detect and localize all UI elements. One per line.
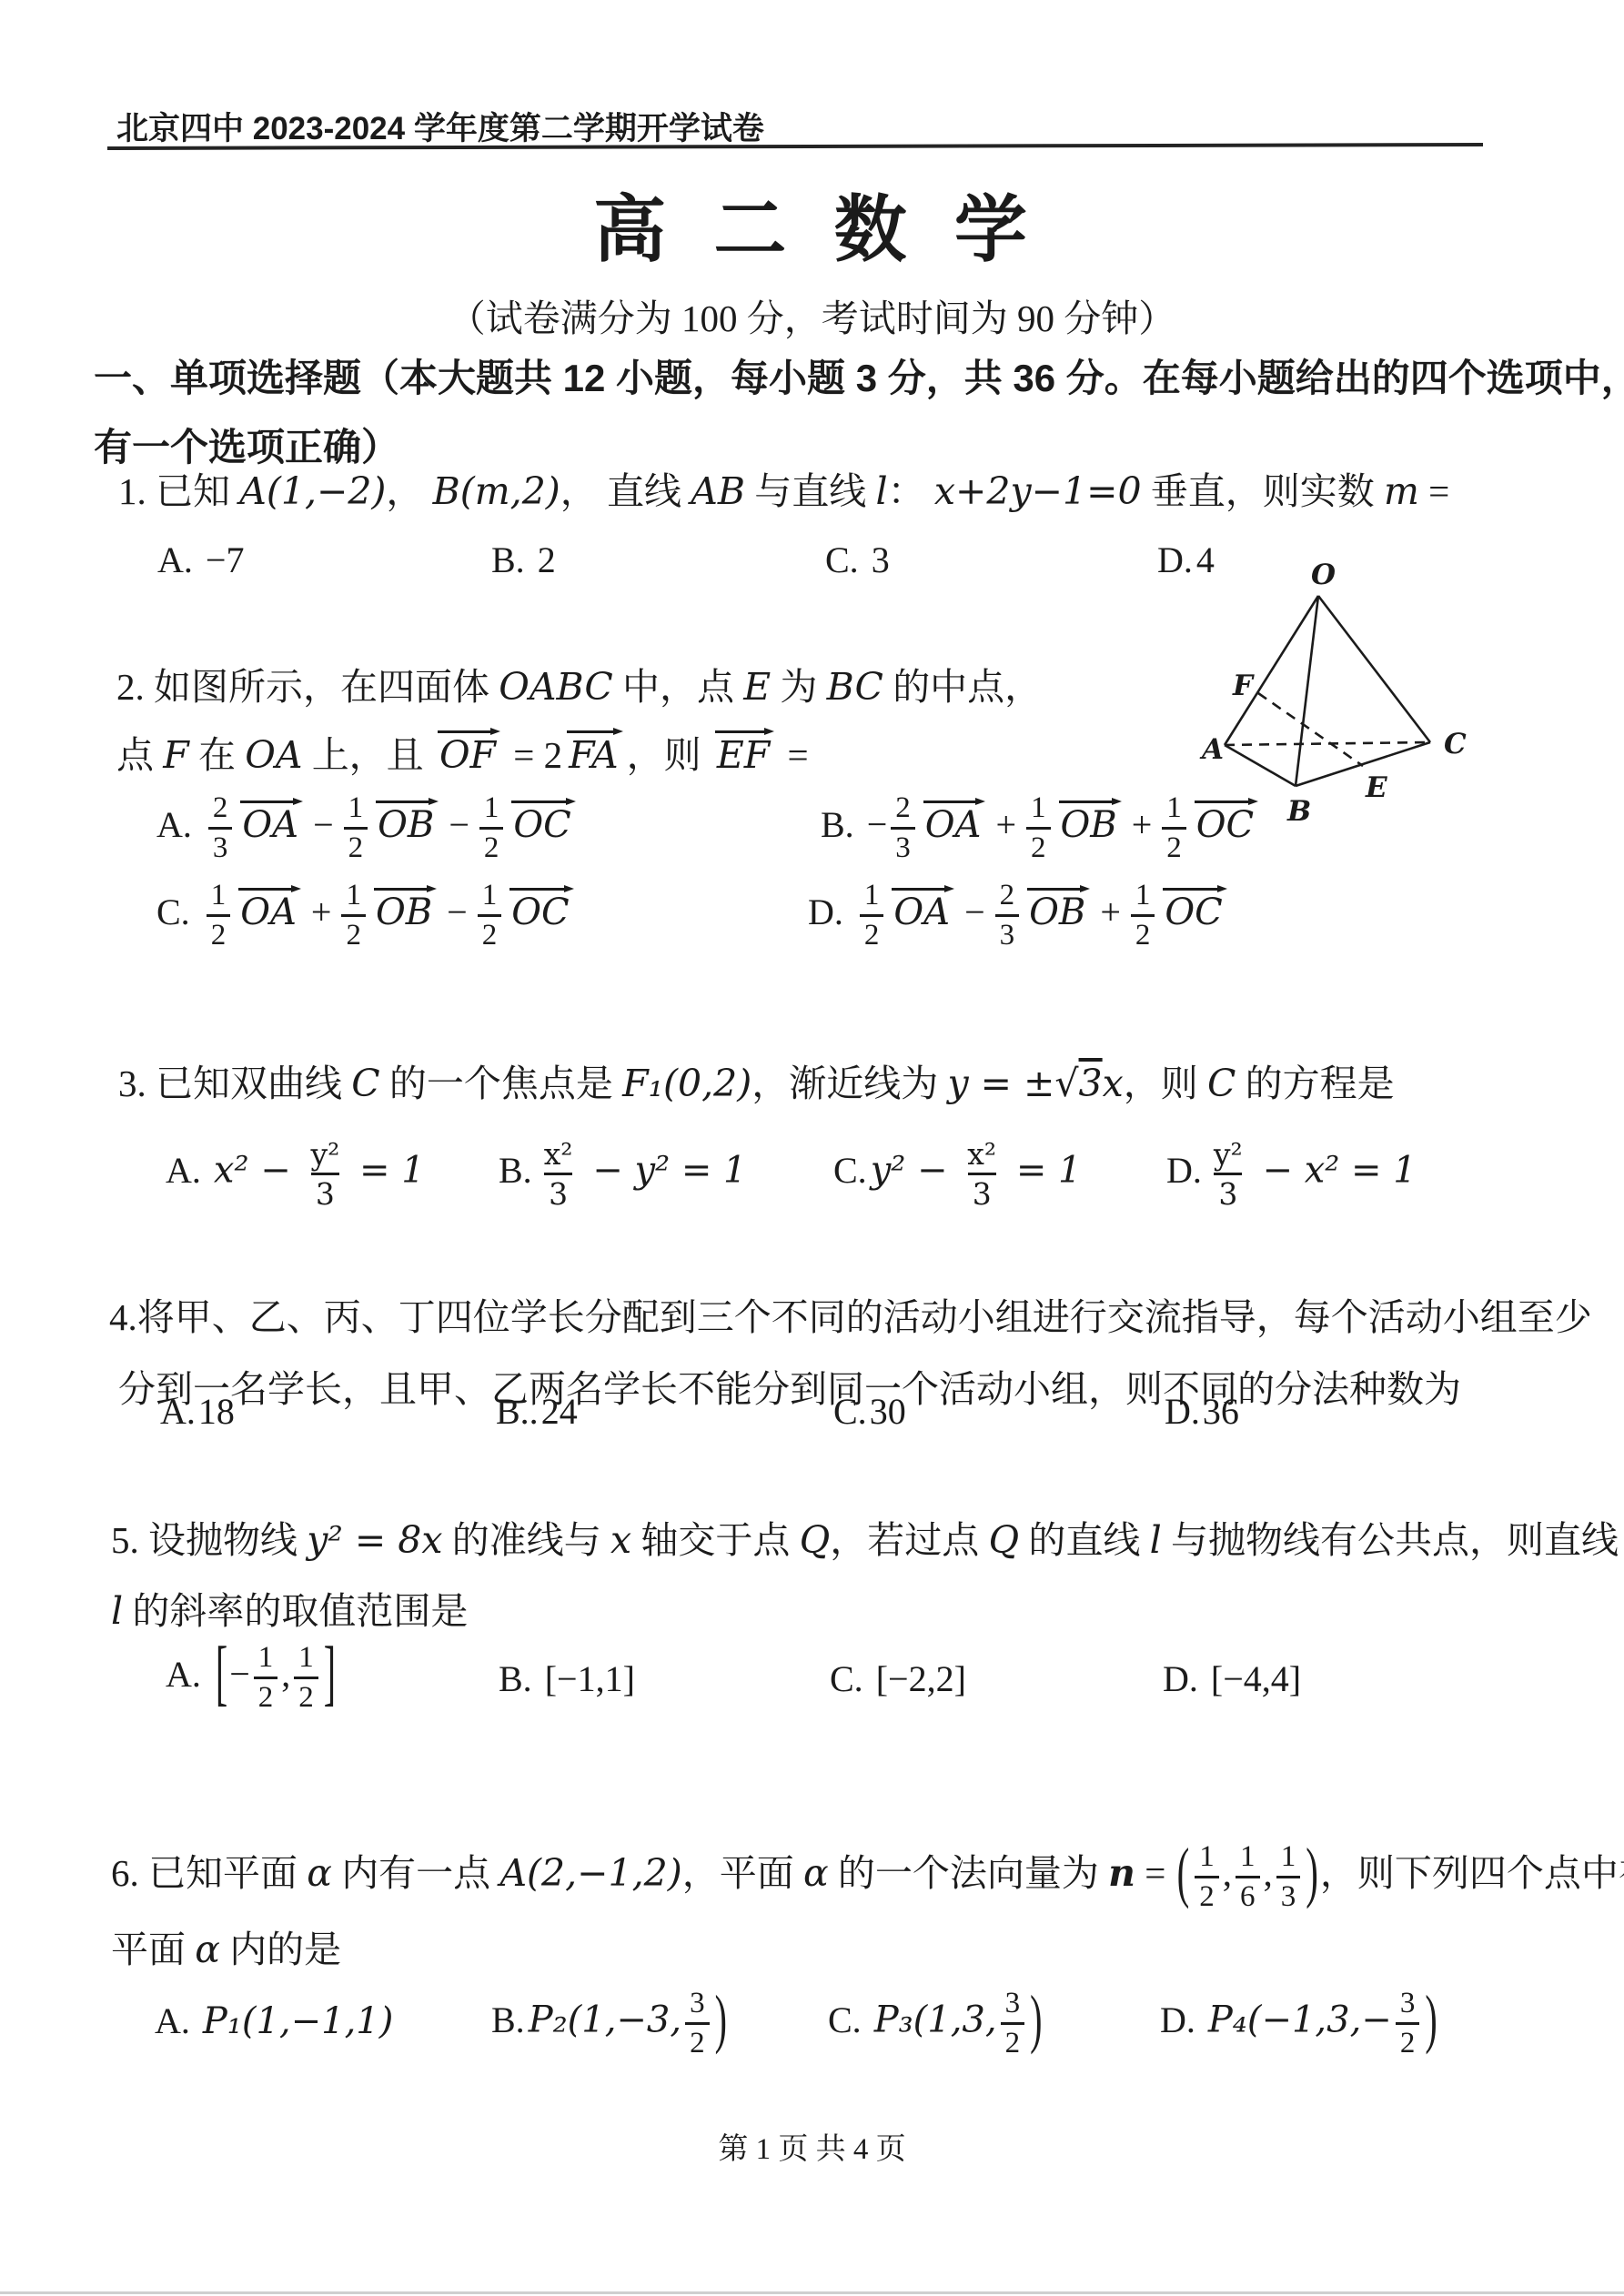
numerator: 1 [341, 881, 366, 914]
formula-part: P₁(1,−1,1) [203, 2000, 393, 2042]
q1-option-c: C.3 [825, 539, 890, 581]
vector-term: OB [1025, 883, 1091, 931]
option-value: −7 [206, 539, 245, 580]
figure-edge-oc [1318, 596, 1430, 742]
option-label: A. [156, 804, 192, 845]
option-label: D. [1166, 1150, 1202, 1191]
denominator: 3 [544, 1173, 572, 1209]
stem-text: ，则 [627, 734, 711, 776]
stem-math: y² = 8x [307, 1518, 442, 1562]
q5-option-d: D.[−4,4] [1163, 1657, 1301, 1700]
option-label: C. [156, 891, 190, 932]
right-paren: ) [1306, 1832, 1318, 1910]
vector-term: OC [509, 796, 576, 843]
q1-option-b: B.2 [491, 539, 556, 581]
page-title: 高 二 数 学 [0, 171, 1624, 276]
stem-text: 1. 已知 [118, 470, 239, 512]
right-bracket: ] [324, 1629, 336, 1715]
numerator: 1 [478, 881, 502, 914]
stem-text: 的准线与 [442, 1519, 610, 1561]
stem-math: A(1,−2) [239, 469, 386, 513]
sign: − [867, 804, 888, 845]
fraction: 12 [1195, 1842, 1219, 1912]
operator: + [995, 804, 1016, 845]
numerator: x² [963, 1139, 1001, 1173]
fraction: 12 [1026, 793, 1051, 863]
stem-text: = 2 [504, 734, 562, 776]
stem-text: ， 直线 [560, 470, 691, 512]
denominator: 2 [1026, 827, 1051, 863]
fraction: 12 [254, 1643, 278, 1713]
q2-stem-line2: 点 F 在 OA 上，且 OF = 2FA，则 EF = [116, 725, 809, 779]
vector-term: OA [238, 796, 304, 843]
stem-text: 的直线 [1019, 1519, 1150, 1561]
formula-part: P₃(1,3, [874, 1999, 997, 2041]
numerator: 2 [891, 793, 915, 827]
denominator: 3 [1214, 1173, 1242, 1209]
stem-text: 内的是 [220, 1928, 341, 1970]
fraction: 23 [208, 793, 233, 863]
stem-math: C [1207, 1062, 1236, 1105]
stem-math: A(2,−1,2) [499, 1851, 681, 1895]
fraction: 12 [1162, 793, 1186, 863]
option-value: 24 [541, 1391, 578, 1432]
operator: − [964, 891, 985, 932]
denominator: 2 [860, 914, 884, 951]
exam-page: 北京四中 2023-2024 学年度第二学期开学试卷 高 二 数 学 （试卷满分… [0, 0, 1624, 2296]
stem-text: ： [888, 470, 934, 512]
option-value: 3 [872, 539, 890, 580]
vector-term: OA [237, 883, 302, 931]
fraction: 23 [995, 881, 1020, 951]
stem-math: x [1103, 1062, 1124, 1105]
right-paren: ) [1030, 1979, 1042, 2057]
stem-text: 6. 已知平面 [111, 1852, 307, 1894]
stem-math: E [743, 665, 771, 709]
denominator: 2 [1001, 2022, 1025, 2059]
option-label: C. [830, 1658, 863, 1699]
stem-text: 与抛物线有公共点，则直线 [1162, 1519, 1619, 1561]
vector-term: OB [1057, 796, 1123, 843]
fraction: 12 [478, 881, 502, 951]
option-label: A. [155, 2000, 190, 2041]
figure-edge-ob [1296, 596, 1318, 786]
denominator: 2 [1162, 827, 1186, 863]
fraction: x²3 [963, 1139, 1001, 1209]
page-header: 北京四中 2023-2024 学年度第二学期开学试卷 [116, 104, 764, 149]
numerator: 1 [479, 793, 504, 827]
formula-part: − x² = 1 [1251, 1150, 1417, 1192]
q5-stem-line1: 5. 设抛物线 y² = 8x 的准线与 x 轴交于点 Q，若过点 Q 的直线 … [111, 1510, 1619, 1564]
figure-edge-fe-dashed [1258, 693, 1363, 766]
option-value: 30 [870, 1391, 906, 1432]
fraction: 12 [860, 881, 884, 951]
page-subtitle: （试卷满分为 100 分，考试时间为 90 分钟） [0, 288, 1624, 342]
stem-text: 点 [116, 734, 163, 776]
numerator: 1 [1195, 1842, 1219, 1876]
denominator: 3 [208, 827, 233, 863]
stem-text: = [778, 734, 808, 776]
option-label: C. [825, 539, 859, 580]
operator: − [447, 891, 468, 932]
stem-math: C [351, 1062, 379, 1105]
stem-math: n [1108, 1851, 1135, 1895]
option-value: 2 [538, 539, 556, 580]
stem-math: α [803, 1851, 829, 1895]
denominator: 2 [341, 914, 366, 951]
fraction: 23 [891, 793, 915, 863]
figure-edge-ab [1225, 745, 1296, 786]
vector-term: OC [1161, 883, 1227, 931]
q4-option-c: C.30 [833, 1390, 906, 1433]
option-label: B. [491, 539, 525, 580]
stem-text: ，则下列四个点中在 [1320, 1852, 1624, 1894]
q6-option-a: A.P₁(1,−1,1) [155, 1999, 393, 2042]
comma: , [281, 1654, 290, 1695]
stem-math: α [195, 1928, 220, 1971]
vector-term: FA [565, 726, 624, 774]
numerator: 2 [995, 881, 1020, 914]
vector-term: OA [922, 796, 987, 843]
stem-text: ，渐近线为 [751, 1062, 947, 1104]
option-value: [−1,1] [545, 1658, 635, 1699]
left-bracket: [ [216, 1629, 227, 1715]
fraction: 13 [1276, 1842, 1301, 1912]
numerator: 3 [1396, 1989, 1420, 2022]
formula-part: = 1 [1004, 1150, 1081, 1192]
stem-text: 的一个焦点是 [380, 1062, 623, 1104]
option-label: A. [166, 1150, 201, 1191]
stem-math: m [1384, 469, 1419, 513]
denominator: 2 [1195, 1876, 1219, 1912]
fraction: 12 [294, 1643, 318, 1713]
option-label: D. [1160, 1999, 1195, 2040]
stem-math: l [111, 1589, 123, 1633]
denominator: 3 [995, 914, 1020, 951]
formula-part: P₄(−1,3,− [1208, 1999, 1392, 2041]
fraction: 12 [344, 793, 368, 863]
option-label: A. [160, 1391, 196, 1432]
numerator: 1 [1026, 793, 1051, 827]
option-label: C. [828, 1999, 862, 2040]
stem-math: α [307, 1851, 332, 1895]
denominator: 3 [891, 827, 915, 863]
stem-math: F [163, 733, 188, 777]
q3-stem: 3. 已知双曲线 C 的一个焦点是 F₁(0,2)，渐近线为 y = ±√3x，… [118, 1053, 1395, 1107]
stem-math: AB [691, 469, 745, 513]
numerator: 1 [1162, 793, 1186, 827]
q6-option-d: D.P₄(−1,3,−32) [1160, 1989, 1439, 2059]
fraction: 12 [1131, 881, 1155, 951]
stem-text: ，若过点 [830, 1519, 988, 1561]
stem-math: F₁(0,2) [622, 1062, 751, 1105]
option-label: D. [808, 891, 843, 932]
stem-math: BC [827, 665, 883, 709]
stem-text: 的斜率的取值范围是 [123, 1590, 468, 1632]
figure-label-e: E [1365, 771, 1387, 804]
left-paren: ( [1177, 1832, 1190, 1910]
stem-text: 2. 如图所示，在四面体 [116, 666, 499, 708]
figure-label-a: A [1199, 733, 1224, 766]
figure-label-f: F [1232, 670, 1255, 702]
q2-option-a: A.23OA−12OB−12OC [156, 793, 580, 863]
numerator: 1 [294, 1643, 318, 1677]
option-label: D. [1157, 539, 1193, 580]
option-label: D. [1165, 1391, 1200, 1432]
numerator: 2 [208, 793, 233, 827]
fraction: y²3 [1209, 1139, 1247, 1209]
q6-option-c: C.P₃(1,3,32) [828, 1989, 1044, 2059]
stem-text: 中，点 [613, 666, 744, 708]
option-label: A. [166, 1654, 201, 1695]
numerator: 1 [1131, 881, 1155, 914]
vector-term: OB [372, 883, 438, 931]
figure-label-b: B [1286, 795, 1311, 828]
fraction: 32 [1396, 1989, 1420, 2059]
denominator: 3 [968, 1173, 996, 1209]
formula-part: = 1 [348, 1150, 424, 1192]
vector-term: OC [508, 883, 574, 931]
stem-text: 5. 设抛物线 [111, 1519, 307, 1561]
fraction: 12 [207, 881, 231, 951]
stem-text: 的方程是 [1236, 1062, 1394, 1104]
stem-text: 为 [771, 666, 827, 708]
numerator: 3 [1001, 1989, 1025, 2022]
fraction: 16 [1236, 1842, 1260, 1912]
q2-option-b: B.−23OA+12OB+12OC [821, 793, 1262, 863]
q6-stem-line2: 平面 α 内的是 [111, 1919, 341, 1973]
q3-option-a: A.x² − y²3 = 1 [166, 1139, 425, 1209]
stem-math: l [1150, 1518, 1162, 1562]
denominator: 2 [1396, 2022, 1420, 2059]
operator: + [311, 891, 332, 932]
option-label: A. [157, 539, 193, 580]
fraction: 32 [685, 1989, 710, 2059]
q1-option-a: A.−7 [157, 539, 244, 581]
option-label: B. [491, 1999, 525, 2040]
q3-option-d: D.y²3 − x² = 1 [1166, 1139, 1417, 1209]
denominator: 2 [207, 914, 231, 951]
option-label: C. [833, 1150, 867, 1191]
operator: + [1132, 804, 1153, 845]
stem-math: y = ±√ [947, 1062, 1078, 1105]
stem-text: 垂直，则实数 [1142, 470, 1385, 512]
option-value: 18 [198, 1391, 235, 1432]
denominator: 2 [1131, 914, 1155, 951]
stem-text: 平面 [111, 1928, 195, 1970]
stem-math: l [876, 469, 888, 513]
q5-option-c: C.[−2,2] [830, 1657, 966, 1700]
q6-stem-line1: 6. 已知平面 α 内有一点 A(2,−1,2)，平面 α 的一个法向量为 n … [111, 1842, 1624, 1912]
stem-text: 3. 已知双曲线 [118, 1062, 351, 1104]
vector-term: OF [436, 726, 501, 774]
q5-stem-line2: l 的斜率的取值范围是 [111, 1581, 468, 1635]
stem-text: = [1135, 1852, 1175, 1894]
q2-option-d: D.12OA−23OB+12OC [808, 881, 1231, 951]
comma: , [1223, 1852, 1232, 1894]
right-paren: ) [715, 1979, 727, 2057]
stem-text: 内有一点 [332, 1852, 500, 1894]
denominator: 2 [344, 827, 368, 863]
sqrt-radicand: 3 [1079, 1062, 1103, 1105]
formula-part: x² − [214, 1150, 303, 1192]
stem-text: 上，且 [302, 734, 433, 776]
numerator: 1 [344, 793, 368, 827]
option-label: B.. [496, 1391, 539, 1432]
section-intro-line1: 一、单项选择题（本大题共 12 小题，每小题 3 分，共 36 分。在每小题给出… [94, 348, 1624, 403]
vector-term: EF [713, 726, 775, 774]
q2-option-c: C.12OA+12OB−12OC [156, 881, 578, 951]
denominator: 3 [311, 1173, 339, 1209]
stem-math: Q [800, 1518, 831, 1562]
stem-math: x [610, 1518, 631, 1562]
q1-stem: 1. 已知 A(1,−2)， B(m,2)， 直线 AB 与直线 l： x+2y… [118, 461, 1449, 515]
numerator: 3 [685, 1989, 710, 2022]
option-label: D. [1163, 1658, 1198, 1699]
numerator: x² [540, 1139, 578, 1173]
numerator: y² [1209, 1139, 1247, 1173]
stem-text: ， [386, 470, 432, 512]
option-value: [−2,2] [876, 1658, 966, 1699]
vector-term: OC [1193, 796, 1259, 843]
numerator: 1 [254, 1643, 278, 1677]
fraction: y²3 [306, 1139, 344, 1209]
q5-option-b: B.[−1,1] [499, 1657, 635, 1700]
stem-math: OA [245, 733, 302, 777]
figure-label-o: O [1311, 559, 1336, 591]
denominator: 2 [685, 2022, 710, 2059]
operator: − [313, 804, 334, 845]
numerator: 1 [860, 881, 884, 914]
stem-text: = [1419, 470, 1449, 512]
stem-text: 在 [189, 734, 246, 776]
numerator: 1 [207, 881, 231, 914]
q4-option-b: B..24 [496, 1390, 578, 1433]
option-label: B. [821, 804, 854, 845]
denominator: 3 [1276, 1876, 1301, 1912]
stem-math: OABC [499, 665, 612, 709]
option-label: C. [833, 1391, 867, 1432]
denominator: 2 [294, 1677, 318, 1713]
page-footer: 第 1 页 共 4 页 [0, 2125, 1624, 2168]
q6-option-b: B.P₂(1,−3,32) [491, 1989, 729, 2059]
fraction: x²3 [540, 1139, 578, 1209]
formula-part: P₂(1,−3, [529, 1999, 681, 2041]
formula-part: y² − [871, 1150, 960, 1192]
vector-term: OB [374, 796, 439, 843]
stem-math: Q [988, 1518, 1019, 1562]
operator: + [1100, 891, 1121, 932]
q4-stem-line1: 4.将甲、乙、丙、丁四位学长分配到三个不同的活动小组进行交流指导，每个活动小组至… [109, 1287, 1592, 1341]
stem-text: 的中点， [883, 666, 1042, 708]
vector-term: OA [890, 883, 955, 931]
option-label: B. [499, 1150, 532, 1191]
stem-text: 的一个法向量为 [829, 1852, 1109, 1894]
figure-edge-bc [1296, 742, 1430, 786]
stem-text: 与直线 [745, 470, 876, 512]
numerator: 1 [1236, 1842, 1260, 1876]
numerator: y² [306, 1139, 344, 1173]
q4-option-a: A.18 [160, 1390, 235, 1433]
denominator: 2 [479, 827, 504, 863]
sign: − [229, 1654, 250, 1695]
q3-option-b: B.x²3 − y² = 1 [499, 1139, 747, 1209]
option-label: B. [499, 1658, 532, 1699]
fraction: 12 [341, 881, 366, 951]
denominator: 2 [478, 914, 502, 951]
fraction: 12 [479, 793, 504, 863]
comma: , [1264, 1852, 1273, 1894]
scan-edge-line [0, 2291, 1624, 2294]
q5-option-a: A.[−12,12] [166, 1643, 338, 1713]
figure-edge-ac-dashed [1225, 742, 1430, 745]
stem-text: ，平面 [682, 1852, 803, 1894]
numerator: 1 [1276, 1842, 1301, 1876]
operator: − [449, 804, 469, 845]
denominator: 6 [1236, 1876, 1260, 1912]
stem-text: ，则 [1124, 1062, 1207, 1104]
q4-stem-line2: 分到一名学长，且甲、乙两名学长不能分到同一个活动小组，则不同的分法种数为 [118, 1359, 1461, 1413]
stem-math: B(m,2) [433, 469, 560, 513]
fraction: 32 [1001, 1989, 1025, 2059]
stem-text: 轴交于点 [631, 1519, 800, 1561]
formula-part: − y² = 1 [581, 1150, 747, 1192]
figure-label-c: C [1444, 728, 1467, 760]
option-value: [−4,4] [1211, 1658, 1301, 1699]
denominator: 2 [254, 1677, 278, 1713]
right-paren: ) [1425, 1979, 1437, 2057]
stem-math: x+2y−1=0 [934, 469, 1142, 513]
q3-option-c: C.y² − x²3 = 1 [833, 1139, 1082, 1209]
q4-option-d: D.36 [1165, 1390, 1239, 1433]
option-value: 36 [1203, 1391, 1239, 1432]
q2-stem-line1: 2. 如图所示，在四面体 OABC 中，点 E 为 BC 的中点， [116, 657, 1042, 710]
